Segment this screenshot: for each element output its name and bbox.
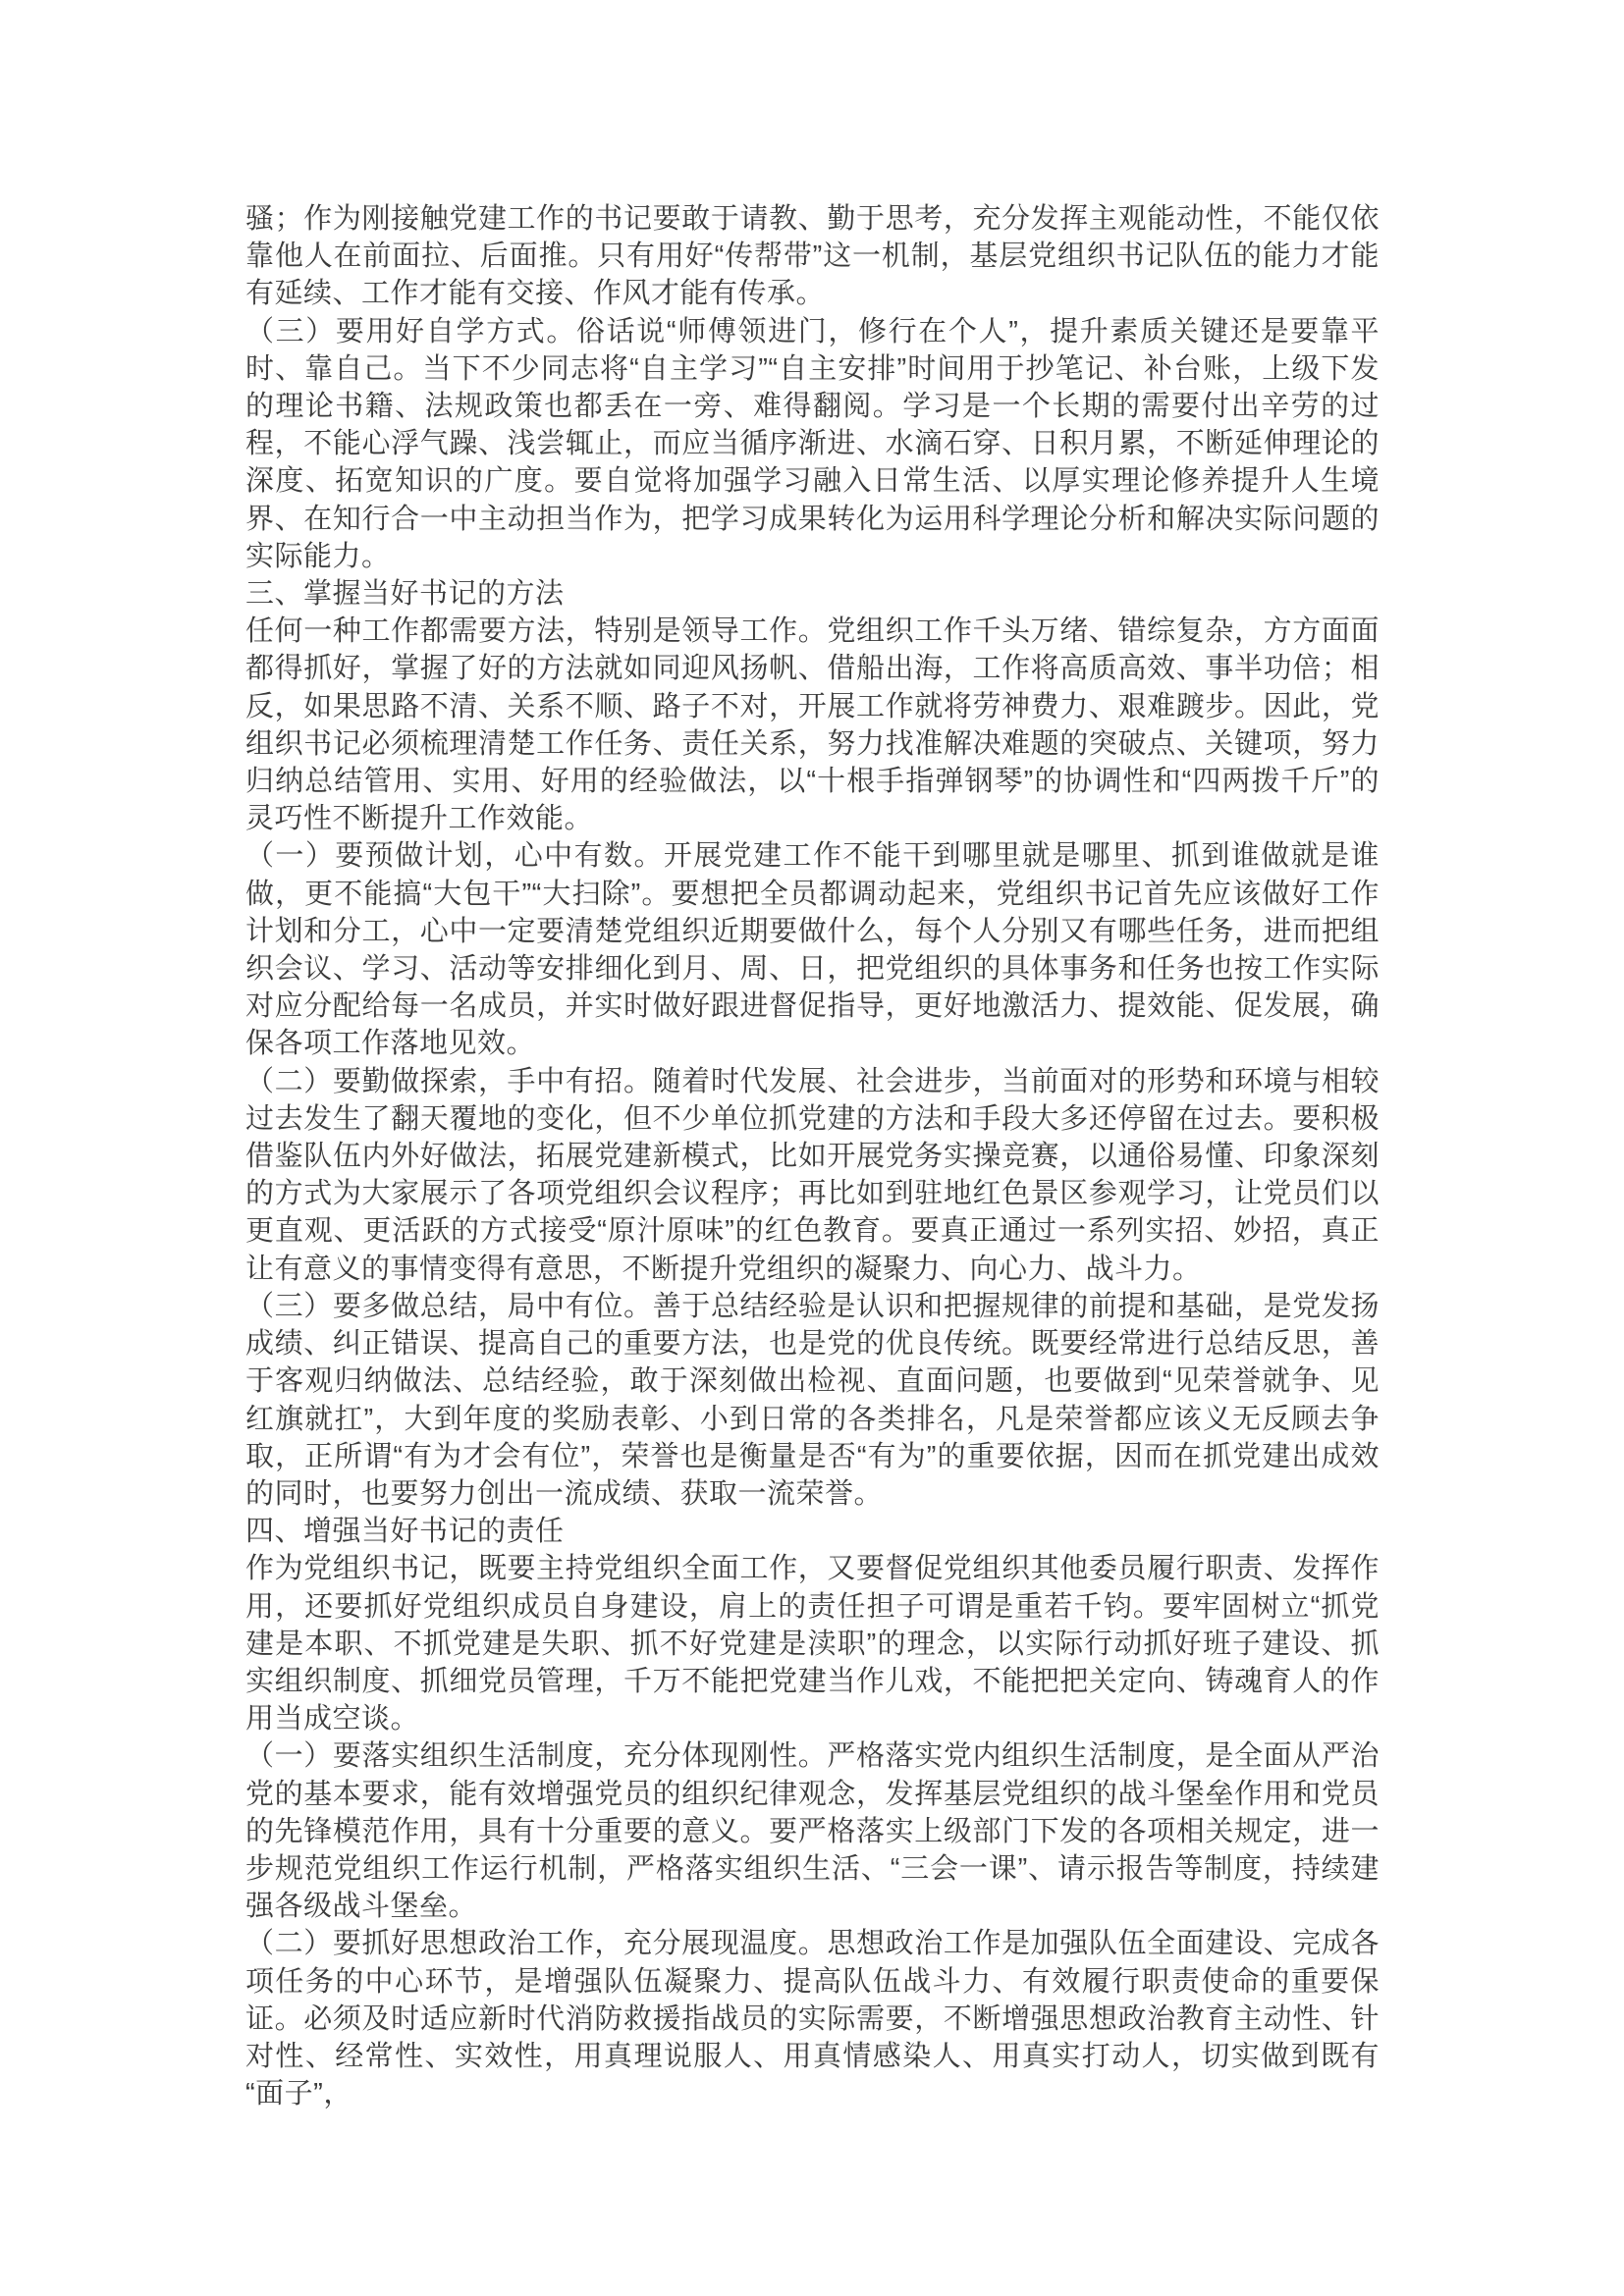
section-heading-4: 四、增强当好书记的责任 [245, 1513, 1380, 1550]
section-heading-3: 三、掌握当好书记的方法 [245, 575, 1380, 613]
paragraph-duty-intro: 作为党组织书记，既要主持党组织全面工作，又要督促党组织其他委员履行职责、发挥作用… [245, 1550, 1380, 1737]
paragraph-duty-2: （二）要抓好思想政治工作，充分展现温度。思想政治工作是加强队伍全面建设、完成各项… [245, 1925, 1380, 2112]
paragraph-methods-3: （三）要多做总结，局中有位。善于总结经验是认识和把握规律的前提和基础，是党发扬成… [245, 1288, 1380, 1513]
paragraph-subsection-3: （三）要用好自学方式。俗话说“师傅领进门，修行在个人”，提升素质关键还是要靠平时… [245, 313, 1380, 575]
paragraph-duty-1: （一）要落实组织生活制度，充分体现刚性。严格落实党内组织生活制度，是全面从严治党… [245, 1737, 1380, 1925]
paragraph-methods-intro: 任何一种工作都需要方法，特别是领导工作。党组织工作千头万绪、错综复杂，方方面面都… [245, 613, 1380, 837]
document-page: 骚；作为刚接触党建工作的书记要敢于请教、勤于思考，充分发挥主观能动性，不能仅依靠… [0, 0, 1624, 2296]
paragraph-methods-1: （一）要预做计划，心中有数。开展党建工作不能干到哪里就是哪里、抓到谁做就是谁做，… [245, 837, 1380, 1062]
paragraph-continuation: 骚；作为刚接触党建工作的书记要敢于请教、勤于思考，充分发挥主观能动性，不能仅依靠… [245, 200, 1380, 313]
paragraph-methods-2: （二）要勤做探索，手中有招。随着时代发展、社会进步，当前面对的形势和环境与相较过… [245, 1063, 1380, 1288]
document-text-block: 骚；作为刚接触党建工作的书记要敢于请教、勤于思考，充分发挥主观能动性，不能仅依靠… [245, 200, 1380, 2112]
